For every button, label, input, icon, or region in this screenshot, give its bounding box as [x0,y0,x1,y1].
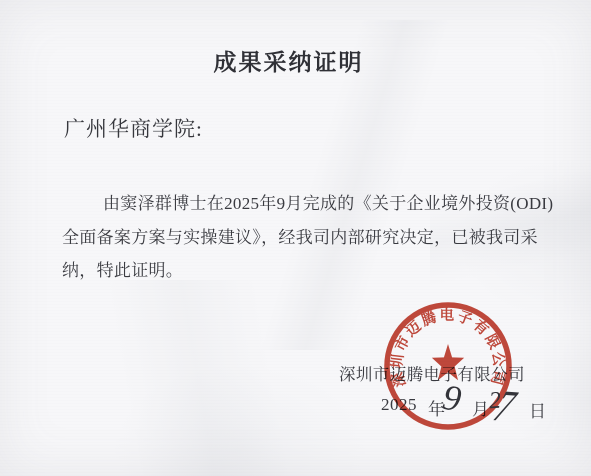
document-photo: 成果采纳证明 广州华商学院: 由窦泽群博士在2025年9月完成的《关于企业境外投… [0,0,591,476]
salutation: 广州华商学院: [64,113,203,143]
body-line-1: 由窦泽群博士在2025年9月完成的《关于企业境外投资(ODI) [103,189,553,214]
body-line-2: 全面备案方案与实操建议》，经我司内部研究决定，已被我司采 [62,223,538,248]
body-line-3: 纳，特此证明。 [62,256,183,281]
certificate-title: 成果采纳证明 [0,44,584,77]
seal-star-icon [432,344,464,380]
date-day-unit: 日 [529,397,546,422]
